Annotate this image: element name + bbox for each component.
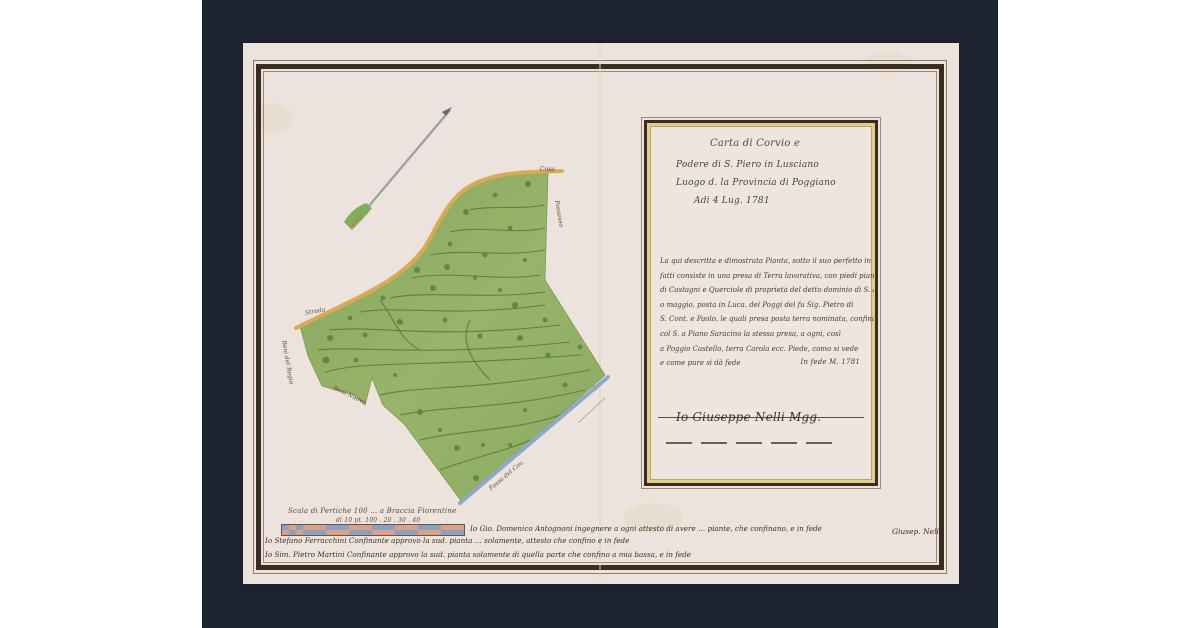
scale-tick-labels: di 10 pt. 100 . 20 . 30 . 40 [336, 517, 420, 524]
body-line: di Castagni e Querciole di proprietà del… [660, 283, 874, 298]
cartouche-line-3: Adi 4 Lug. 1781 [694, 196, 770, 206]
attestation-line-1: Io Gio. Domenico Antognoni ingegnere a o… [470, 524, 822, 533]
map-drawing [0, 0, 1200, 628]
scale-bar [281, 524, 465, 536]
body-line: La qui descritta e dimostrata Pianta, so… [660, 254, 874, 269]
body-line: o maggio, posta in Luca. dei Poggi del f… [660, 298, 874, 313]
right-signature: Giusep. Nelli [892, 527, 941, 536]
cartouche-line-2: Luogo d. la Provincia di Poggiano [676, 178, 836, 188]
attestation-line-3: Io Sim. Pietro Martini Confinante approv… [265, 550, 691, 559]
cartouche-dark-border: Carta di Corvio e Podere di S. Piero in … [644, 120, 878, 486]
body-line: fatti consiste in una presa di Terra lav… [660, 269, 874, 284]
attestation-line-2: Io Stefano Ferracchini Confinante approv… [265, 536, 629, 545]
cartouche-body-text: La qui descritta e dimostrata Pianta, so… [660, 254, 874, 371]
cartouche-line-1: Podere di S. Piero in Lusciano [676, 160, 819, 170]
map-label-cosa: Cosa [540, 166, 555, 173]
cartouche-date-note: In fede M. 1781 [800, 358, 860, 366]
body-line: S. Cont. e Paolo, le quali presa posta t… [660, 312, 874, 327]
scale-caption: Scala di Pertiche 100 … a Braccia Fioren… [288, 507, 456, 515]
surveyor-signature: Io Giuseppe Nelli Mgg. [676, 410, 821, 424]
cartouche-gold-border: Carta di Corvio e Podere di S. Piero in … [647, 123, 875, 483]
signature-dash-line [666, 442, 832, 444]
title-cartouche: Carta di Corvio e Podere di S. Piero in … [641, 117, 881, 489]
north-arrow-icon [344, 107, 452, 230]
cartouche-title: Carta di Corvio e [710, 138, 800, 149]
photo-stage: Strada Cosa Beni del Regio Beni Nuovo Fo… [0, 0, 1200, 628]
body-line: a Poggio Castello, terra Carola ecc. Pie… [660, 342, 874, 357]
measure-line [578, 398, 605, 423]
body-line: col S. a Piano Saracino la stessa presa,… [660, 327, 874, 342]
